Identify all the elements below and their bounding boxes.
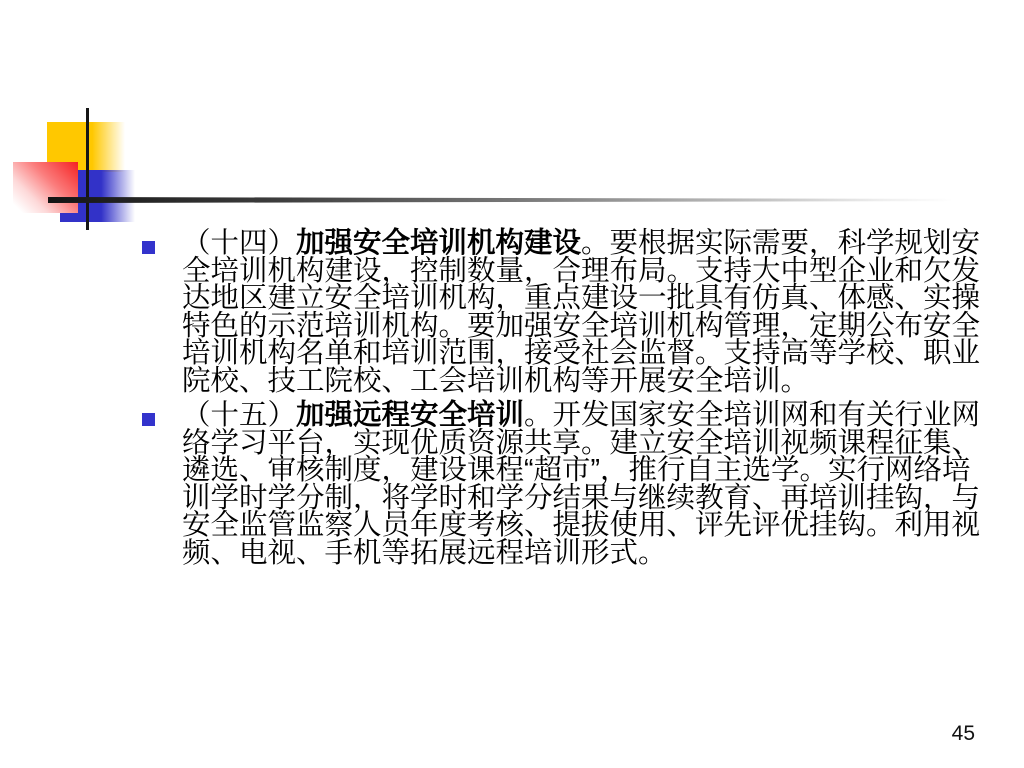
slide-body: （十四）加强安全培训机构建设。要根据实际需要，科学规划安全培训机构建设，控制数量…: [142, 230, 994, 567]
bullet-square-icon: [142, 241, 155, 254]
bullet-item-15: （十五）加强远程安全培训。开发国家安全培训网和有关行业网络学习平台，实现优质资源…: [142, 402, 994, 567]
page-number: 45: [952, 722, 975, 746]
decor-red-gradient-square: [13, 162, 78, 213]
bullet-item-14: （十四）加强安全培训机构建设。要根据实际需要，科学规划安全培训机构建设，控制数量…: [142, 230, 994, 395]
decor-vertical-line: [86, 108, 89, 230]
bullet-square-icon: [142, 413, 155, 426]
decor-horizontal-rule: [48, 197, 953, 203]
